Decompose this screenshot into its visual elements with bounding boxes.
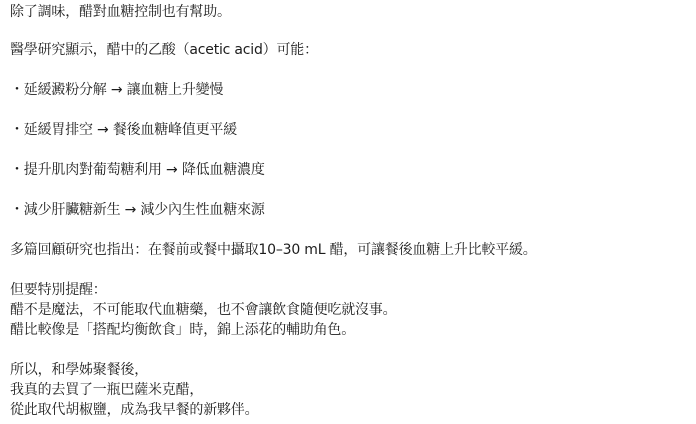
intro-text: 除了調味，醋對血糖控制也有幫助。 xyxy=(10,2,231,22)
closing-line: 從此取代胡椒鹽，成為我早餐的新夥伴。 xyxy=(10,400,258,420)
closing-line: 所以，和學姊聚餐後， xyxy=(10,360,148,380)
benefit-item: ・延緩澱粉分解 → 讓血糖上升變慢 xyxy=(10,80,223,100)
closing-line: 我真的去買了一瓶巴薩米克醋， xyxy=(10,380,203,400)
reminder-heading: 但要特別提醒： xyxy=(10,280,107,300)
benefit-item: ・延緩胃排空 → 餐後血糖峰值更平緩 xyxy=(10,120,237,140)
benefit-item: ・減少肝臟糖新生 → 減少內生性血糖來源 xyxy=(10,200,265,220)
reminder-line: 醋比較像是「搭配均衡飲食」時，錦上添花的輔助角色。 xyxy=(10,320,355,340)
benefit-item: ・提升肌肉對葡萄糖利用 → 降低血糖濃度 xyxy=(10,160,265,180)
reminder-line: 醋不是魔法，不可能取代血糖藥，也不會讓飲食隨便吃就沒事。 xyxy=(10,300,396,320)
research-lead-text: 醫學研究顯示，醋中的乙酸（acetic acid）可能： xyxy=(10,40,318,60)
review-note-text: 多篇回顧研究也指出：在餐前或餐中攝取10–30 mL 醋，可讓餐後血糖上升比較平… xyxy=(10,240,537,260)
